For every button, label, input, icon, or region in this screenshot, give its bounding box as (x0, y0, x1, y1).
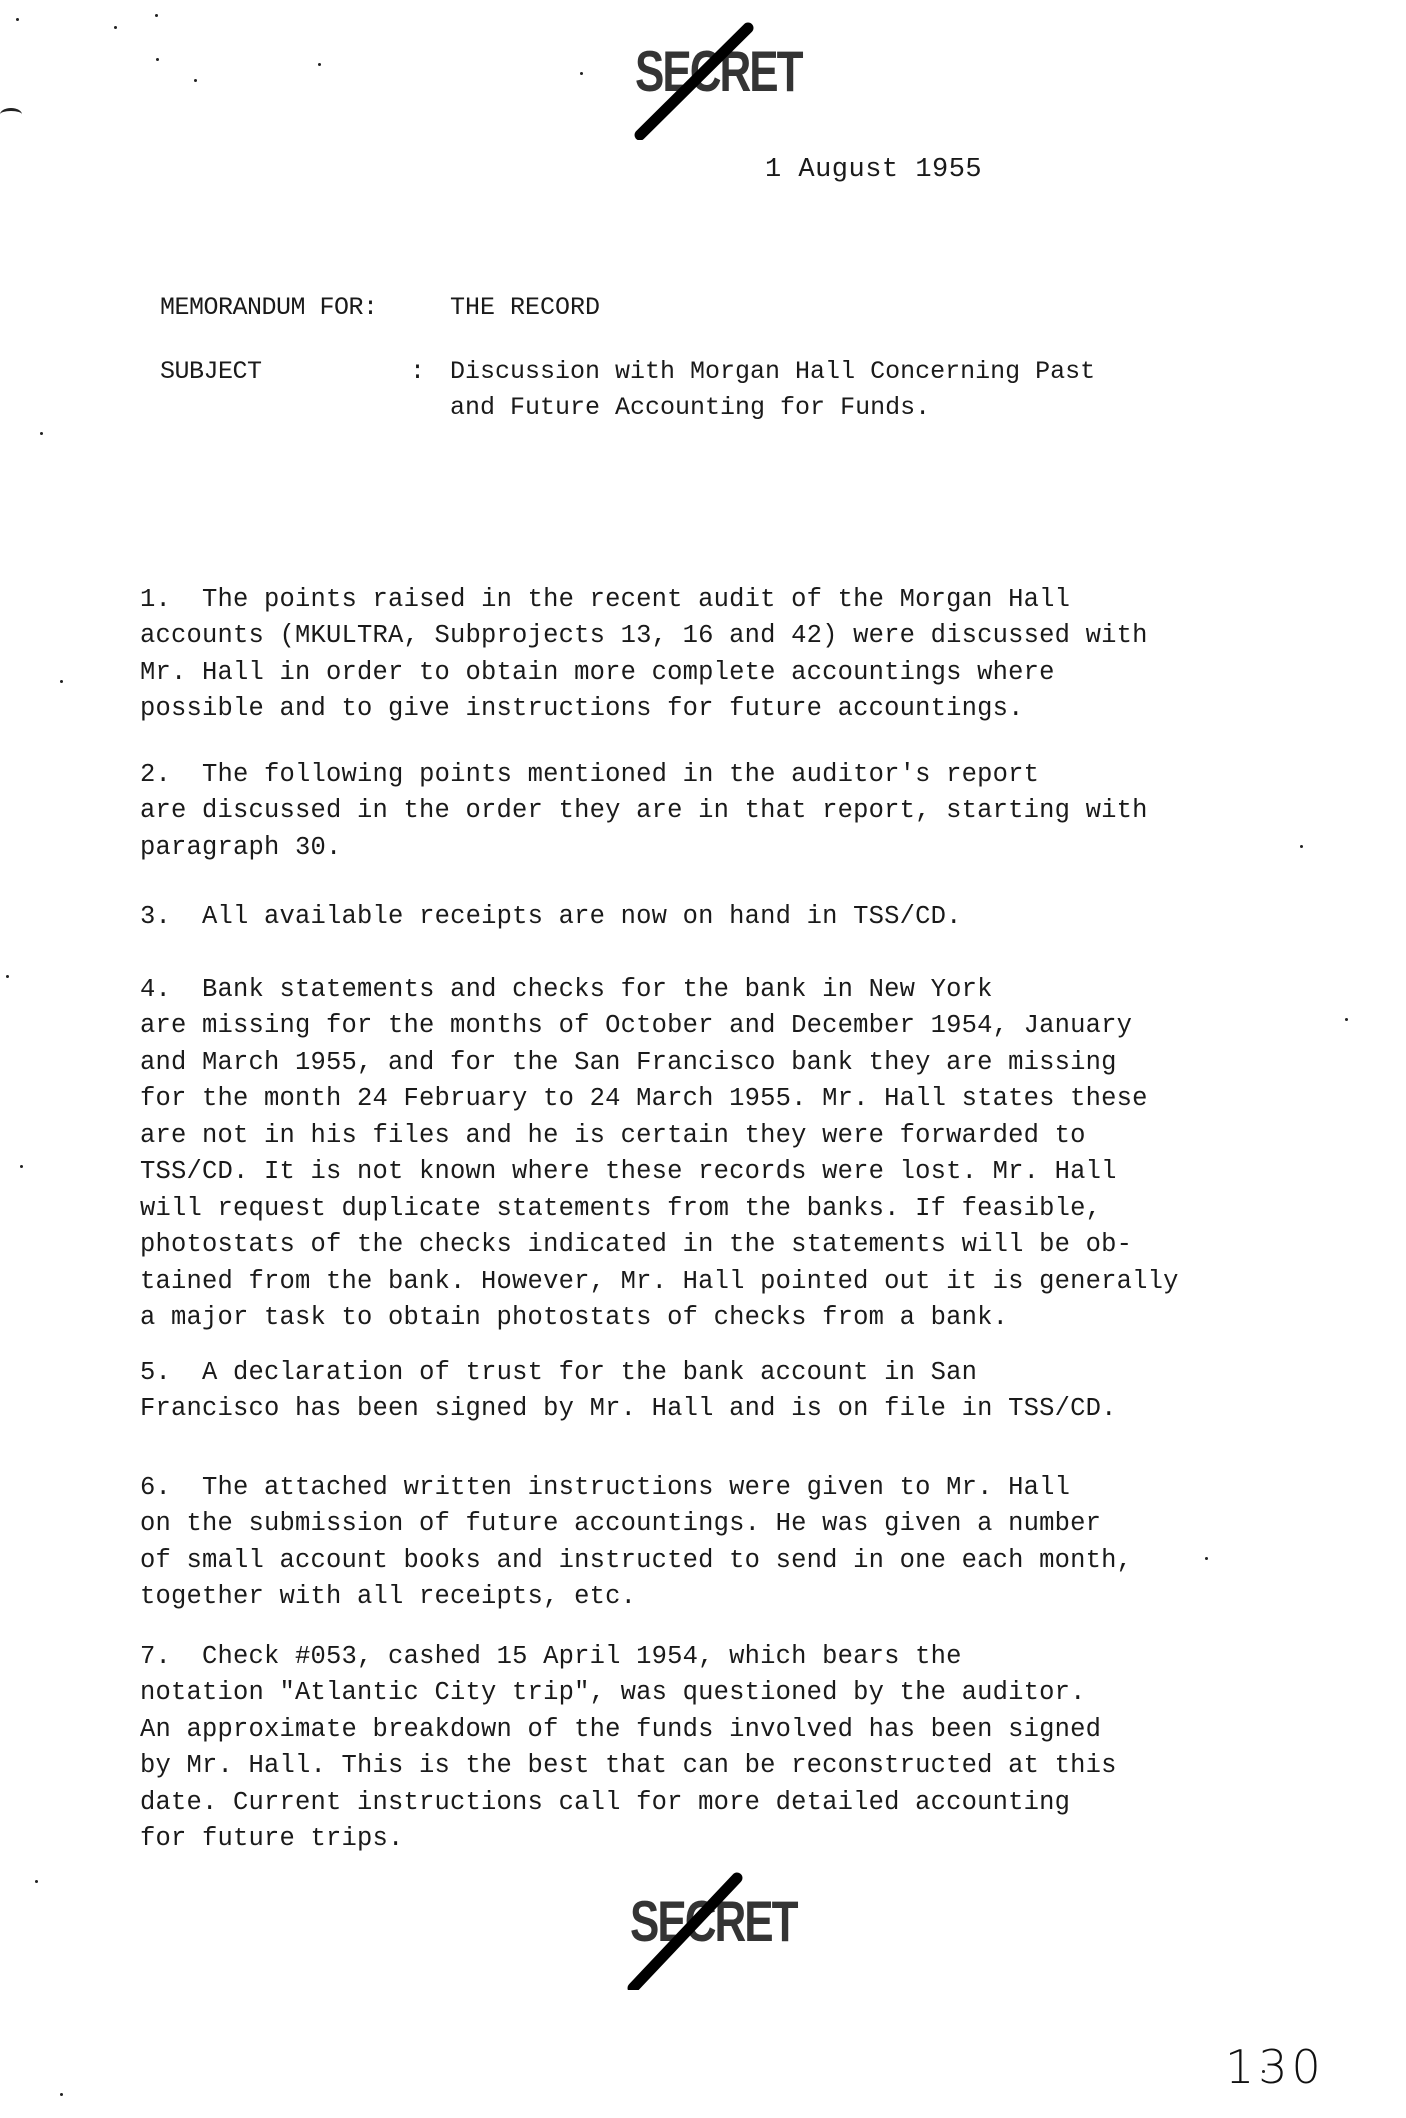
subject-value: Discussion with Morgan Hall Concerning P… (450, 354, 1210, 426)
paragraph-6: 6. The attached written instructions wer… (140, 1433, 1320, 1616)
memo-date: 1 August 1955 (765, 155, 982, 185)
subject-label: SUBJECT (160, 354, 410, 390)
page-number: 130 (1225, 2040, 1325, 2094)
speck (60, 2093, 63, 2096)
paragraph-3: 3. All available receipts are now on han… (140, 862, 1320, 935)
paragraph-text: A declaration of trust for the bank acco… (140, 1358, 1117, 1424)
strikethrough-mark-icon (625, 1870, 755, 1990)
speck (318, 63, 321, 66)
speck (194, 79, 197, 82)
paragraph-number: 1. (140, 585, 171, 614)
paragraph-number: 5. (140, 1358, 171, 1387)
paragraph-1: 1. The points raised in the recent audit… (140, 545, 1320, 728)
classification-stamp-bottom: SECRET (610, 1870, 760, 1990)
paragraph-2: 2. The following points mentioned in the… (140, 720, 1320, 866)
speck (40, 432, 43, 435)
speck (580, 72, 583, 75)
paragraph-7: 7. Check #053, cashed 15 April 1954, whi… (140, 1602, 1320, 1858)
speck (1300, 845, 1303, 848)
paragraph-4: 4. Bank statements and checks for the ba… (140, 935, 1320, 1337)
speck (20, 1165, 23, 1168)
paragraph-text: Check #053, cashed 15 April 1954, which … (140, 1642, 1117, 1854)
speck (156, 58, 159, 61)
paragraph-number: 6. (140, 1473, 171, 1502)
paragraph-number: 3. (140, 902, 171, 931)
memorandum-for-row: MEMORANDUM FOR: THE RECORD (160, 290, 1210, 326)
document-page: SECRET 1 August 1955 MEMORANDUM FOR: THE… (0, 0, 1406, 2118)
speck (1262, 2070, 1265, 2073)
paragraph-text: The points raised in the recent audit of… (140, 585, 1148, 724)
speck (1345, 1018, 1348, 1021)
memo-header: MEMORANDUM FOR: THE RECORD SUBJECT : Dis… (160, 290, 1210, 426)
paragraph-text: The following points mentioned in the au… (140, 760, 1148, 862)
margin-mark (0, 108, 22, 121)
speck (60, 680, 63, 683)
subject-separator: : (410, 354, 450, 390)
speck (16, 18, 19, 21)
subject-row: SUBJECT : Discussion with Morgan Hall Co… (160, 354, 1210, 426)
paragraph-text: All available receipts are now on hand i… (202, 902, 962, 931)
paragraph-text: The attached written instructions were g… (140, 1473, 1132, 1612)
speck (1205, 1557, 1208, 1560)
paragraph-number: 2. (140, 760, 171, 789)
speck (6, 975, 9, 978)
strikethrough-mark-icon (630, 20, 760, 140)
memorandum-recipient: THE RECORD (450, 290, 1210, 326)
speck (114, 26, 117, 29)
paragraph-number: 4. (140, 975, 171, 1004)
paragraph-number: 7. (140, 1642, 171, 1671)
speck (155, 14, 158, 17)
paragraph-5: 5. A declaration of trust for the bank a… (140, 1318, 1320, 1428)
speck (35, 1880, 38, 1883)
classification-stamp-top: SECRET (615, 20, 765, 140)
paragraph-text: Bank statements and checks for the bank … (140, 975, 1179, 1333)
memorandum-label: MEMORANDUM FOR: (160, 290, 450, 326)
